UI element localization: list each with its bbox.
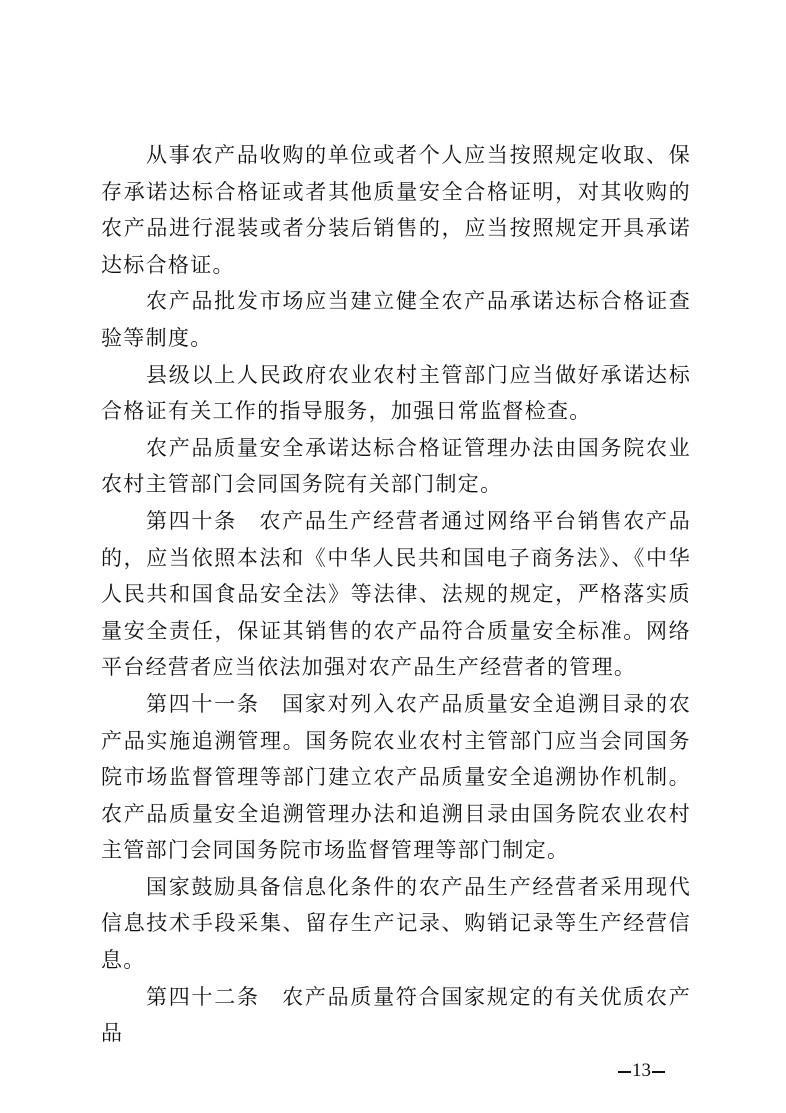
dash-left [618, 1071, 631, 1073]
paragraph-7: 国家鼓励具备信息化条件的农产品生产经营者采用现代信息技术手段采集、留存生产记录、… [101, 869, 691, 979]
dash-right [652, 1071, 665, 1073]
paragraph-4: 农产品质量安全承诺达标合格证管理办法由国务院农业农村主管部门会同国务院有关部门制… [101, 430, 691, 503]
paragraph-1: 从事农产品收购的单位或者个人应当按照规定收取、保存承诺达标合格证或者其他质量安全… [101, 137, 691, 283]
paragraph-text: 国家对列入农产品质量安全追溯目录的农产品实施追溯管理。国务院农业农村主管部门应当… [101, 692, 691, 862]
article-41: 第四十一条国家对列入农产品质量安全追溯目录的农产品实施追溯管理。国务院农业农村主… [101, 686, 691, 869]
paragraph-text: 农产品批发市场应当建立健全农产品承诺达标合格证查验等制度。 [101, 289, 691, 350]
paragraph-text: 国家鼓励具备信息化条件的农产品生产经营者采用现代信息技术手段采集、留存生产记录、… [101, 875, 691, 972]
paragraph-text: 从事农产品收购的单位或者个人应当按照规定收取、保存承诺达标合格证或者其他质量安全… [101, 143, 691, 277]
paragraph-2: 农产品批发市场应当建立健全农产品承诺达标合格证查验等制度。 [101, 283, 691, 356]
document-body: 从事农产品收购的单位或者个人应当按照规定收取、保存承诺达标合格证或者其他质量安全… [101, 137, 691, 1052]
article-number: 第四十一条 [146, 692, 260, 716]
article-number: 第四十二条 [146, 985, 260, 1009]
article-number: 第四十条 [146, 509, 237, 533]
page-number-value: 13 [632, 1060, 651, 1081]
article-42: 第四十二条农产品质量符合国家规定的有关优质农产品 [101, 979, 691, 1052]
page-number: 13 [617, 1060, 666, 1082]
paragraph-text: 农产品生产经营者通过网络平台销售农产品的，应当依照本法和《中华人民共和国电子商务… [101, 509, 691, 679]
paragraph-text: 农产品质量安全承诺达标合格证管理办法由国务院农业农村主管部门会同国务院有关部门制… [101, 436, 691, 497]
paragraph-3: 县级以上人民政府农业农村主管部门应当做好承诺达标合格证有关工作的指导服务，加强日… [101, 357, 691, 430]
paragraph-text: 县级以上人民政府农业农村主管部门应当做好承诺达标合格证有关工作的指导服务，加强日… [101, 363, 691, 424]
article-40: 第四十条农产品生产经营者通过网络平台销售农产品的，应当依照本法和《中华人民共和国… [101, 503, 691, 686]
